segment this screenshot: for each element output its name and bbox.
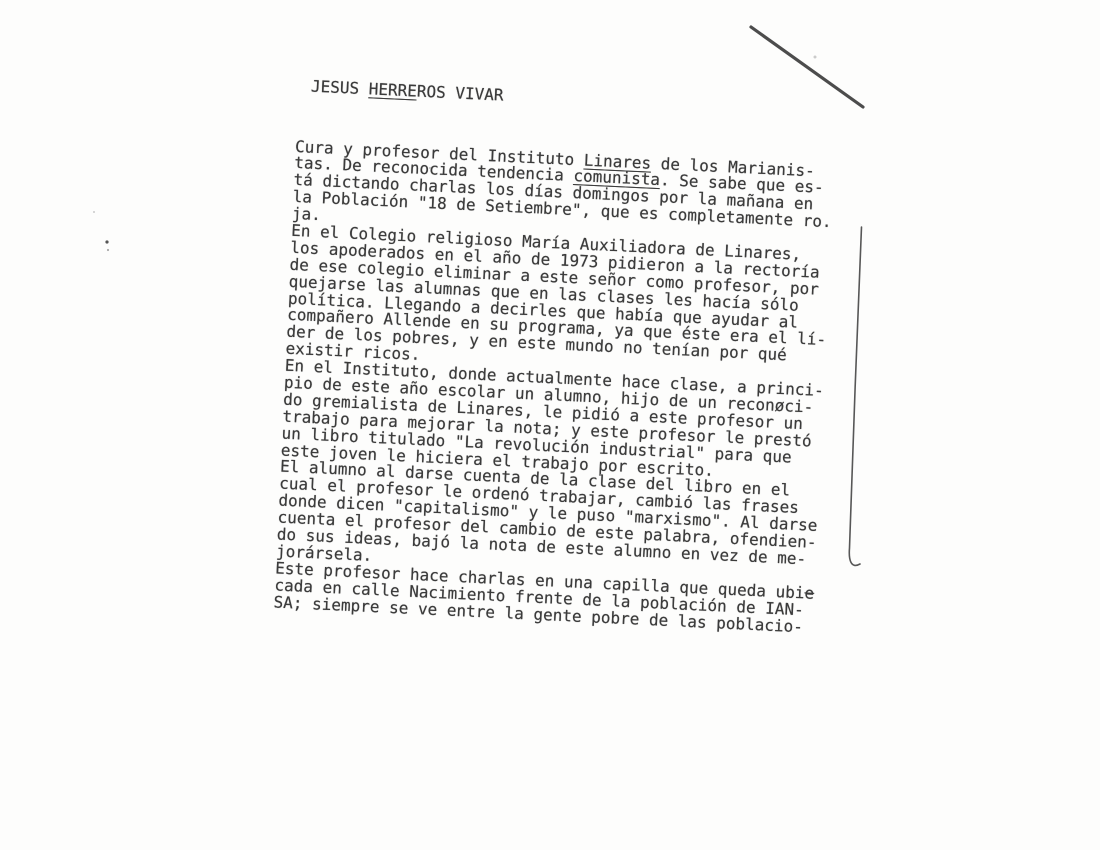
document-body: Cura y profesor del Instituto Linares de…: [273, 138, 895, 639]
scanned-document-page: JESUS HERREROS VIVAR Cura y profesor del…: [0, 0, 1100, 850]
document-title: JESUS HERREROS VIVAR: [298, 78, 898, 123]
text-segment: ROS VIVAR: [416, 81, 504, 104]
ink-speck: [93, 211, 95, 213]
underlined-text: HERRE: [368, 79, 417, 100]
text-segment: JESUS: [311, 76, 370, 98]
typewritten-text-block: JESUS HERREROS VIVAR Cura y profesor del…: [272, 44, 900, 673]
ink-speck: [814, 56, 817, 59]
ink-speck: [107, 249, 109, 251]
ink-speck: [105, 240, 108, 243]
overstruck-char: e: [804, 583, 815, 602]
